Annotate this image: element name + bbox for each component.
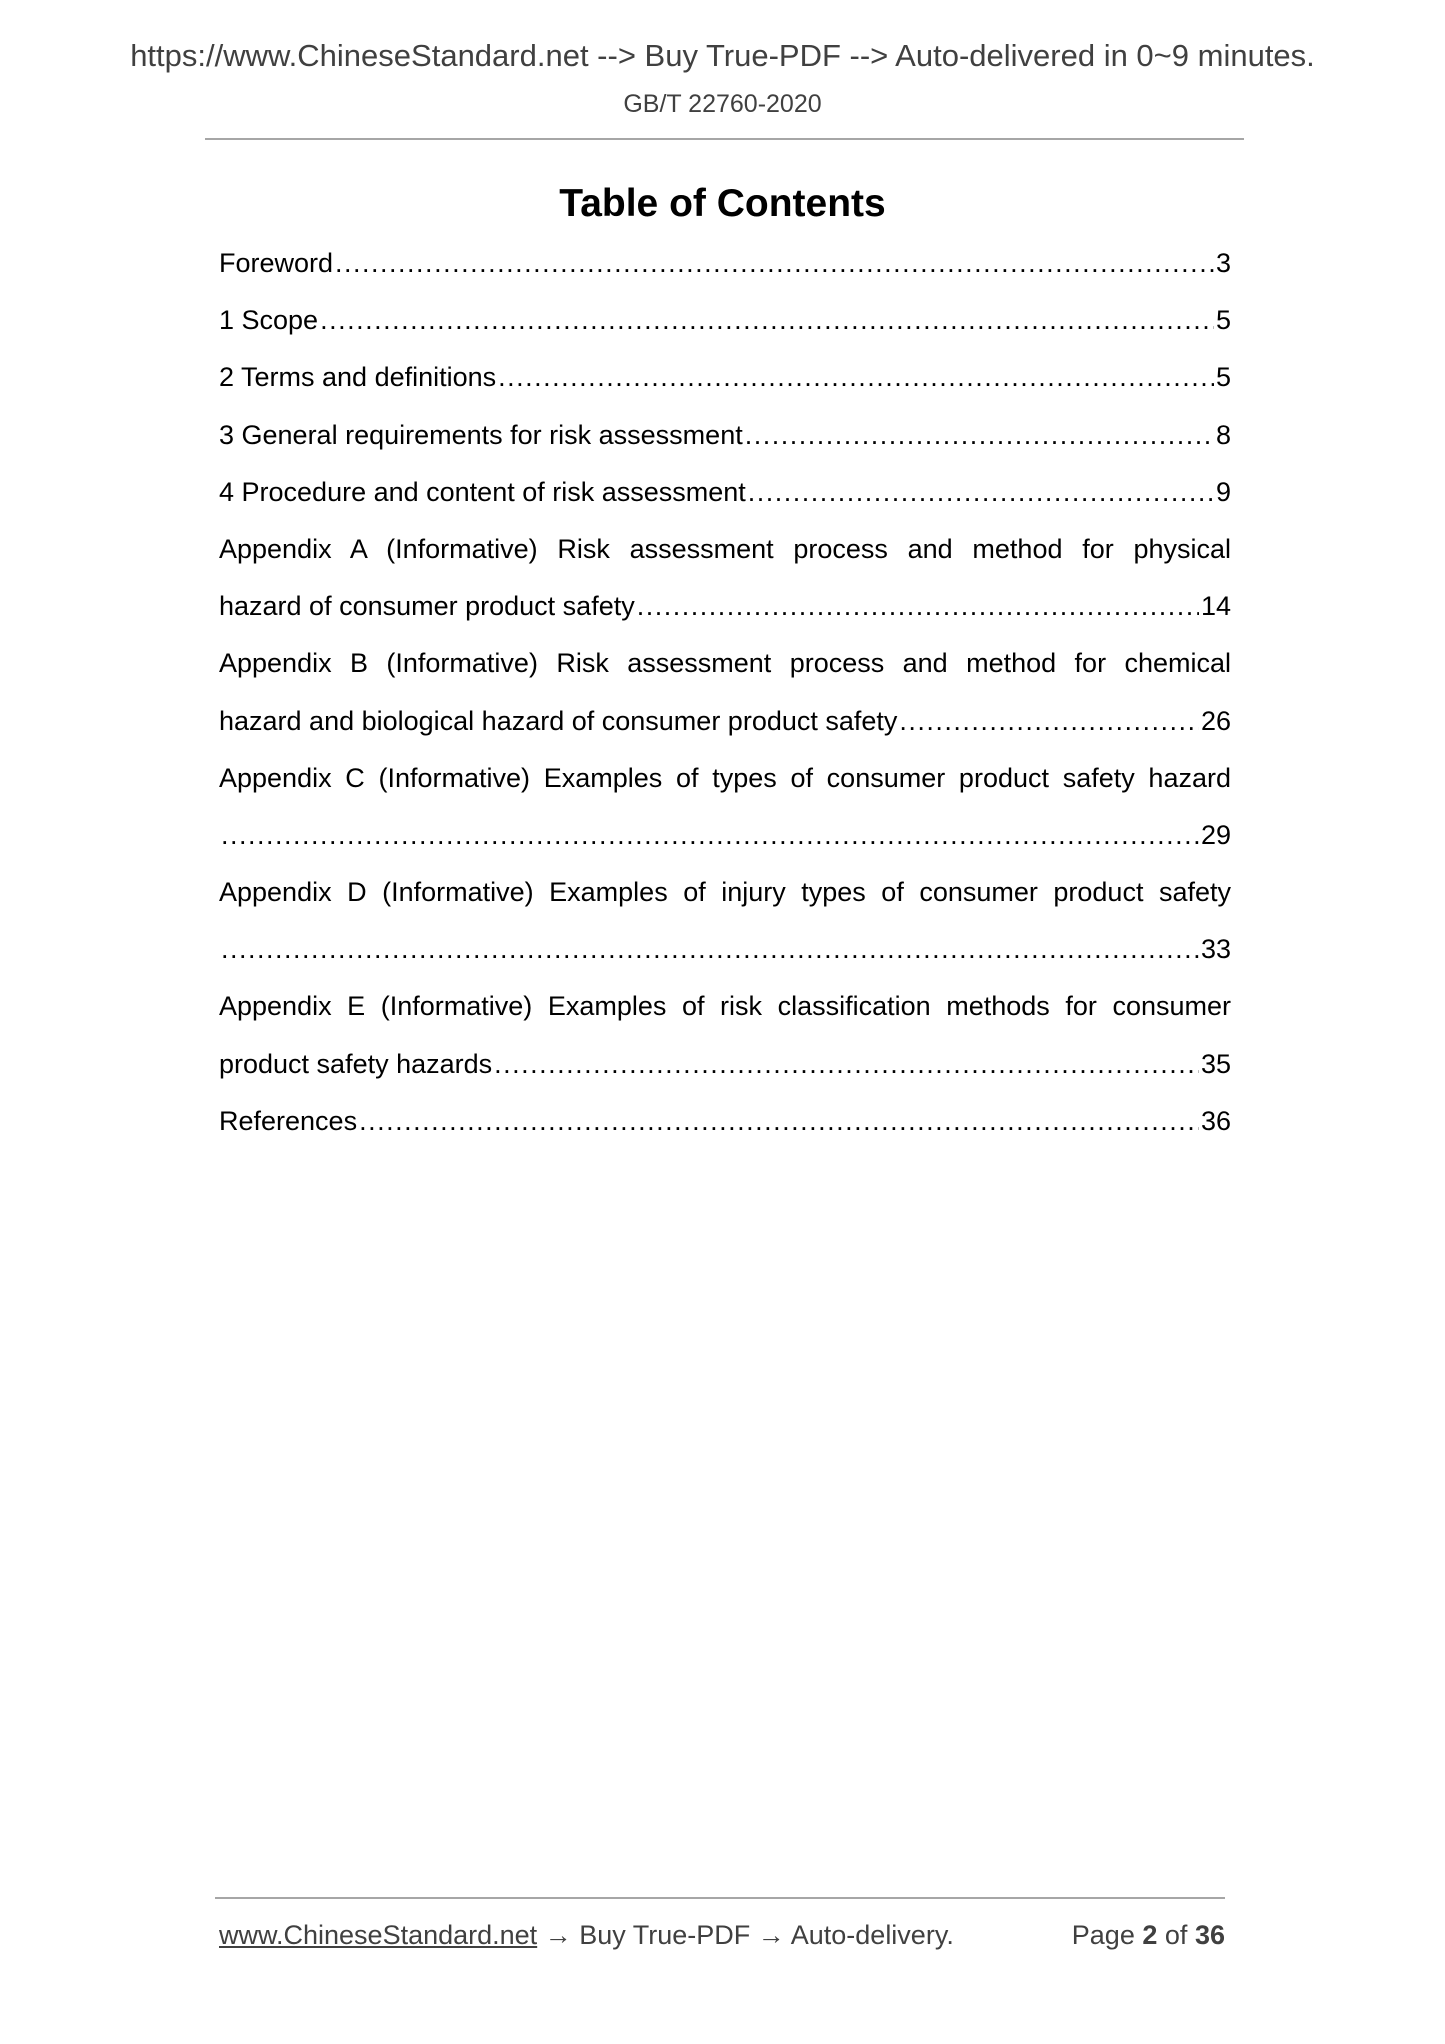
toc-entry-terms[interactable]: 2 Terms and definitions 5 bbox=[219, 362, 1231, 419]
toc-entry-references[interactable]: References 36 bbox=[219, 1106, 1231, 1163]
dot-leader bbox=[745, 420, 1214, 451]
footer-tagline: → Buy True-PDF → Auto-delivery. bbox=[537, 1920, 954, 1950]
dot-leader bbox=[899, 706, 1199, 737]
toc-entry-scope[interactable]: 1 Scope5 bbox=[219, 305, 1231, 362]
current-page: 2 bbox=[1142, 1920, 1157, 1950]
table-of-contents: Foreword3 1 Scope5 2 Terms and definitio… bbox=[219, 248, 1231, 1163]
toc-entry-procedure[interactable]: 4 Procedure and content of risk assessme… bbox=[219, 477, 1231, 534]
toc-entry-appendix-c[interactable]: Appendix C (Informative) Examples of typ… bbox=[219, 763, 1231, 877]
toc-title: Table of Contents bbox=[0, 182, 1445, 226]
top-banner: https://www.ChineseStandard.net --> Buy … bbox=[0, 38, 1445, 74]
document-code: GB/T 22760-2020 bbox=[0, 90, 1445, 119]
toc-entry-foreword[interactable]: Foreword3 bbox=[219, 248, 1231, 305]
site-link[interactable]: www.ChineseStandard.net bbox=[219, 1920, 537, 1950]
dot-leader bbox=[221, 934, 1199, 965]
toc-entry-appendix-b[interactable]: Appendix B (Informative) Risk assessment… bbox=[219, 648, 1231, 762]
toc-entry-general-requirements[interactable]: 3 General requirements for risk assessme… bbox=[219, 420, 1231, 477]
toc-entry-appendix-e[interactable]: Appendix E (Informative) Examples of ris… bbox=[219, 991, 1231, 1105]
dot-leader bbox=[494, 1049, 1199, 1080]
dot-leader bbox=[221, 820, 1199, 851]
toc-entry-appendix-d[interactable]: Appendix D (Informative) Examples of inj… bbox=[219, 877, 1231, 991]
total-pages: 36 bbox=[1195, 1920, 1225, 1950]
toc-entry-appendix-a[interactable]: Appendix A (Informative) Risk assessment… bbox=[219, 534, 1231, 648]
page-indicator: Page 2 of 36 bbox=[1072, 1920, 1225, 1951]
dot-leader bbox=[748, 477, 1214, 508]
page-footer: www.ChineseStandard.net → Buy True-PDF →… bbox=[219, 1920, 1225, 1951]
footer-left: www.ChineseStandard.net → Buy True-PDF →… bbox=[219, 1920, 954, 1951]
dot-leader bbox=[335, 248, 1214, 279]
dot-leader bbox=[498, 362, 1214, 393]
dot-leader bbox=[359, 1106, 1199, 1137]
dot-leader bbox=[637, 591, 1199, 622]
header-divider bbox=[205, 138, 1244, 140]
dot-leader bbox=[320, 305, 1214, 336]
footer-divider bbox=[215, 1897, 1225, 1899]
